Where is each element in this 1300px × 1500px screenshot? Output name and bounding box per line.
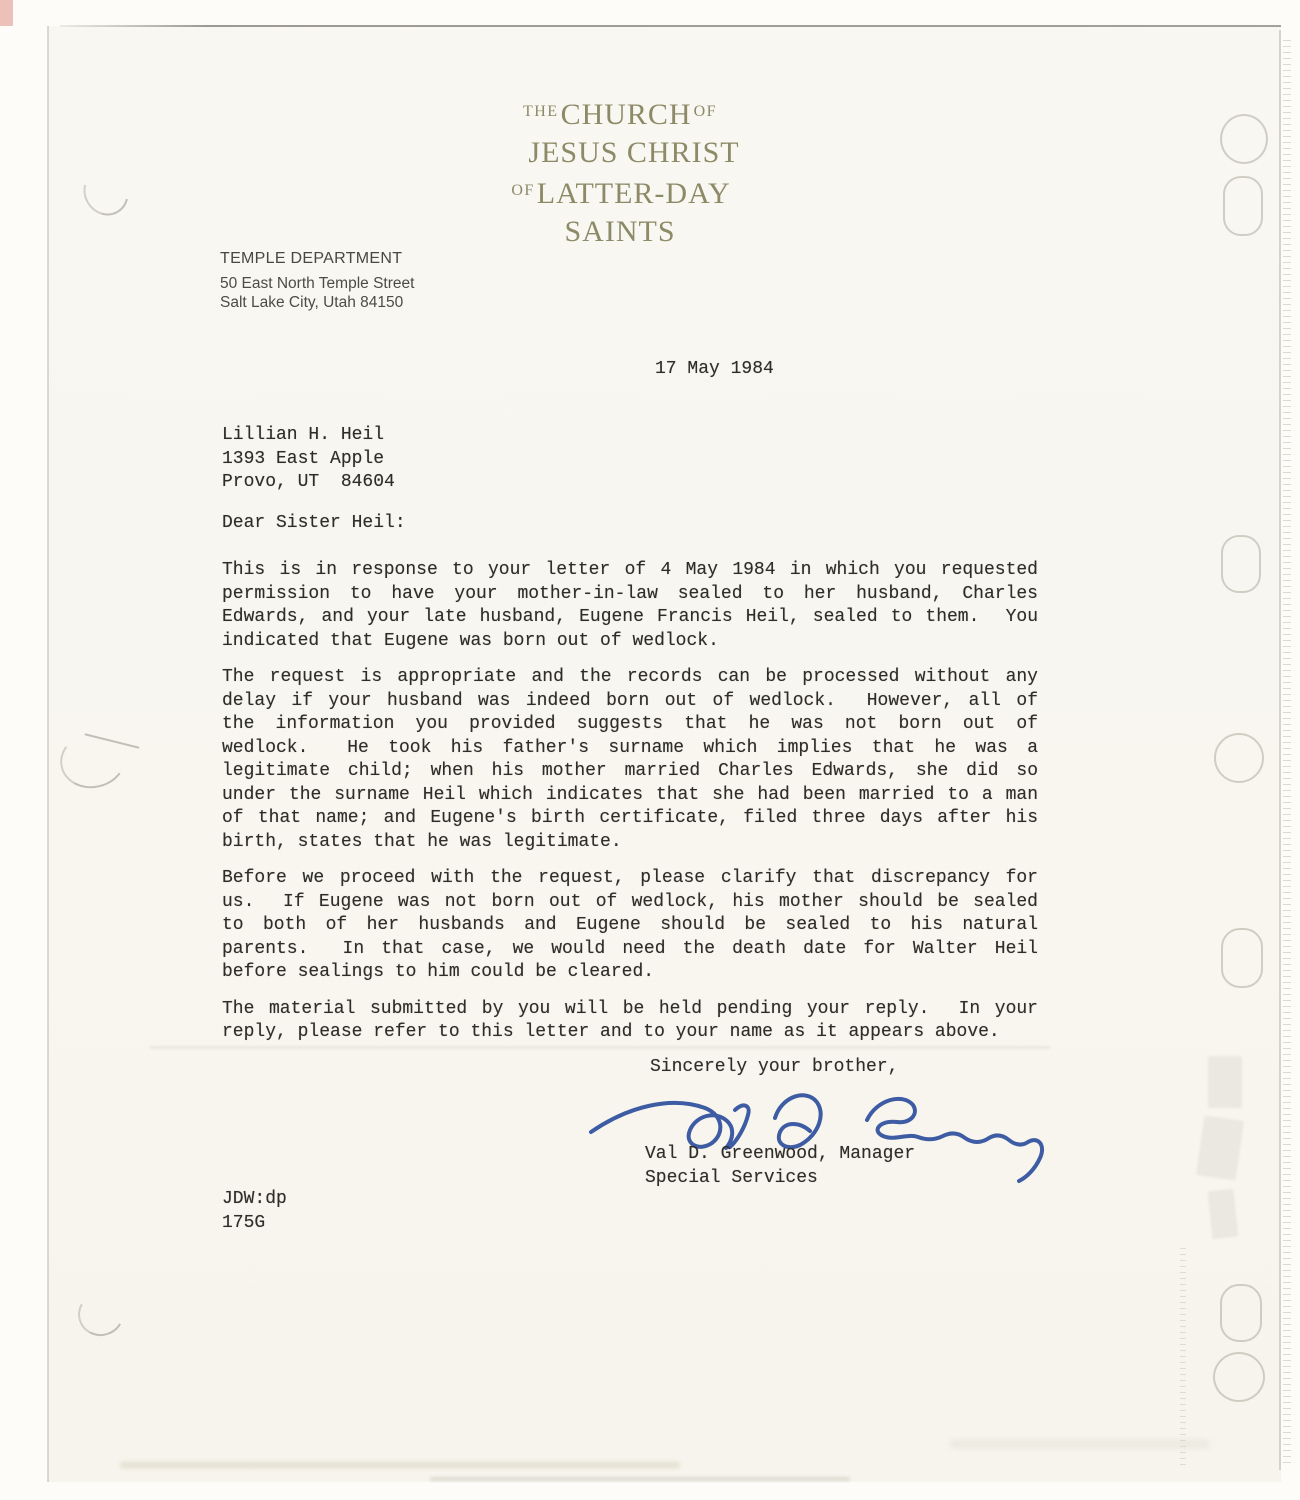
file-number: 175G	[222, 1212, 287, 1236]
paragraph-4: The material submitted by you will be he…	[222, 998, 1038, 1045]
paper-right-edge	[1279, 30, 1281, 1470]
salutation: Dear Sister Heil:	[222, 512, 406, 536]
punch-hole	[1214, 733, 1264, 783]
scan-smudge	[950, 1440, 1210, 1448]
punch-hole	[1221, 928, 1263, 988]
punch-hole	[1220, 1284, 1262, 1342]
scan-edge-ticks-bottom	[1180, 1248, 1186, 1466]
paragraph-2: The request is appropriate and the recor…	[222, 666, 1038, 854]
paper-crease	[150, 1046, 1050, 1049]
paper-left-edge	[47, 26, 49, 1482]
logo-of-1: OF	[692, 103, 719, 120]
recipient-street: 1393 East Apple	[222, 448, 395, 472]
logo-line-3: OFLATTER-DAY	[452, 174, 788, 215]
sender-address-block: TEMPLE DEPARTMENT 50 East North Temple S…	[220, 250, 414, 312]
signer-block: Val D. Greenwood, Manager Special Servic…	[645, 1143, 915, 1190]
recipient-city: Provo, UT 84604	[222, 471, 395, 495]
recipient-name: Lillian H. Heil	[222, 424, 395, 448]
recipient-address-block: Lillian H. Heil 1393 East Apple Provo, U…	[222, 424, 395, 495]
logo-line-4: SAINTS	[452, 215, 788, 253]
letter-date: 17 May 1984	[655, 358, 774, 382]
scan-edge-ticks	[1283, 40, 1291, 1464]
paper-top-edge	[60, 25, 1281, 27]
closing-phrase: Sincerely your brother,	[650, 1056, 898, 1080]
department-street: 50 East North Temple Street	[220, 275, 414, 294]
signer-name-title: Val D. Greenwood, Manager	[645, 1143, 915, 1167]
logo-latter-day: LATTER-DAY	[537, 177, 731, 210]
logo-saints: SAINTS	[564, 215, 675, 248]
typist-initials: JDW:dp	[222, 1188, 287, 1212]
signer-department: Special Services	[645, 1167, 915, 1191]
logo-of-2: OF	[509, 182, 536, 199]
church-letterhead-logo: THECHURCHOF JESUS CHRIST OFLATTER-DAY SA…	[452, 95, 788, 253]
department-city: Salt Lake City, Utah 84150	[220, 294, 414, 313]
scan-smudge	[120, 1462, 680, 1468]
scan-corner-artifact	[0, 0, 13, 26]
logo-line-2: JESUS CHRIST	[466, 136, 802, 174]
department-name: TEMPLE DEPARTMENT	[220, 250, 414, 268]
punch-hole	[1221, 535, 1261, 593]
punch-hole	[1220, 114, 1268, 164]
scanned-letter-page: THECHURCHOF JESUS CHRIST OFLATTER-DAY SA…	[0, 0, 1300, 1500]
scan-smudge	[430, 1477, 850, 1481]
logo-church: CHURCH	[561, 98, 692, 131]
paragraph-3: Before we proceed with the request, plea…	[222, 867, 1038, 985]
ghost-stamp-mark	[1190, 1052, 1262, 1248]
letter-body: This is in response to your letter of 4 …	[222, 559, 1038, 1058]
logo-the: THE	[521, 103, 561, 120]
logo-jesus-christ: JESUS CHRIST	[528, 136, 739, 169]
reference-block: JDW:dp 175G	[222, 1188, 287, 1235]
logo-line-1: THECHURCHOF	[452, 95, 788, 136]
punch-hole	[1213, 1352, 1265, 1402]
paragraph-1: This is in response to your letter of 4 …	[222, 559, 1038, 653]
punch-hole	[1223, 176, 1263, 236]
